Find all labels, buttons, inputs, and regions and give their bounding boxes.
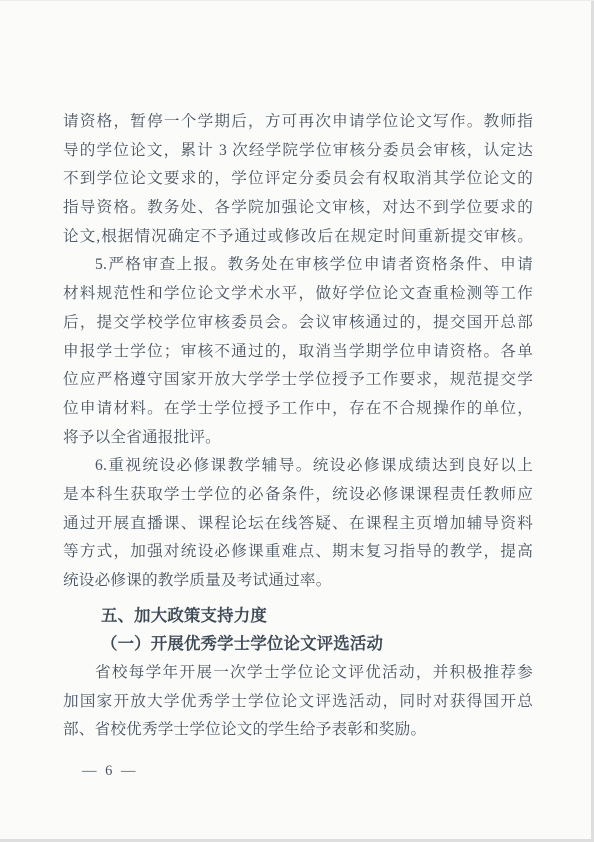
text-line: 将予以全省通报批评。 bbox=[63, 424, 533, 453]
text-line: 后，提交学校学位审核委员会。会议审核通过的，提交国开总部 bbox=[63, 309, 533, 338]
text-line: 等方式，加强对统设必修课重难点、期末复习指导的教学，提高 bbox=[63, 538, 533, 567]
text-line: 通过开展直播课、课程论坛在线答疑、在课程主页增加辅导资料 bbox=[63, 510, 533, 539]
text-line: 6.重视统设必修课教学辅导。统设必修课成绩达到良好以上 bbox=[63, 452, 533, 481]
text-line: 不到学位论文要求的，学位评定分委员会有权取消其学位论文的 bbox=[63, 165, 533, 194]
text-line: 统设必修课的教学质量及考试通过率。 bbox=[63, 567, 533, 596]
document-page: 请资格，暂停一个学期后，方可再次申请学位论文写作。教师指导的学位论文，累计 3 … bbox=[0, 0, 594, 842]
subsection-heading: （一）开展优秀学士学位论文评选活动 bbox=[63, 630, 533, 659]
text-line: 申报学士学位；审核不通过的，取消当学期学位申请资格。各单 bbox=[63, 338, 533, 367]
text-line: 5.严格审查上报。教务处在审核学位申请者资格条件、申请 bbox=[63, 251, 533, 280]
text-line: 省校每学年开展一次学士学位论文评优活动，并积极推荐参 bbox=[63, 659, 533, 688]
text-line: 位应严格遵守国家开放大学学士学位授予工作要求，规范提交学 bbox=[63, 366, 533, 395]
text-line: 请资格，暂停一个学期后，方可再次申请学位论文写作。教师指 bbox=[63, 108, 533, 137]
text-line: 导的学位论文，累计 3 次经学院学位审核分委员会审核，认定达 bbox=[63, 137, 533, 166]
text-line: 位申请材料。在学士学位授予工作中，存在不合规操作的单位， bbox=[63, 395, 533, 424]
section-heading: 五、加大政策支持力度 bbox=[63, 602, 533, 631]
text-line: 材料规范性和学位论文学术水平，做好学位论文查重检测等工作 bbox=[63, 280, 533, 309]
text-line: 加国家开放大学优秀学士学位论文评选活动，同时对获得国开总 bbox=[63, 688, 533, 717]
text-line: 是本科生获取学士学位的必备条件，统设必修课课程责任教师应 bbox=[63, 481, 533, 510]
document-body: 请资格，暂停一个学期后，方可再次申请学位论文写作。教师指导的学位论文，累计 3 … bbox=[63, 108, 533, 745]
text-line: 论文,根据情况确定不予通过或修改后在规定时间重新提交审核。 bbox=[63, 223, 533, 252]
text-line: 指导资格。教务处、各学院加强论文审核，对达不到学位要求的 bbox=[63, 194, 533, 223]
page-number: — 6 — bbox=[82, 763, 138, 780]
text-line: 部、省校优秀学士学位论文的学生给予表彰和奖励。 bbox=[63, 716, 533, 745]
